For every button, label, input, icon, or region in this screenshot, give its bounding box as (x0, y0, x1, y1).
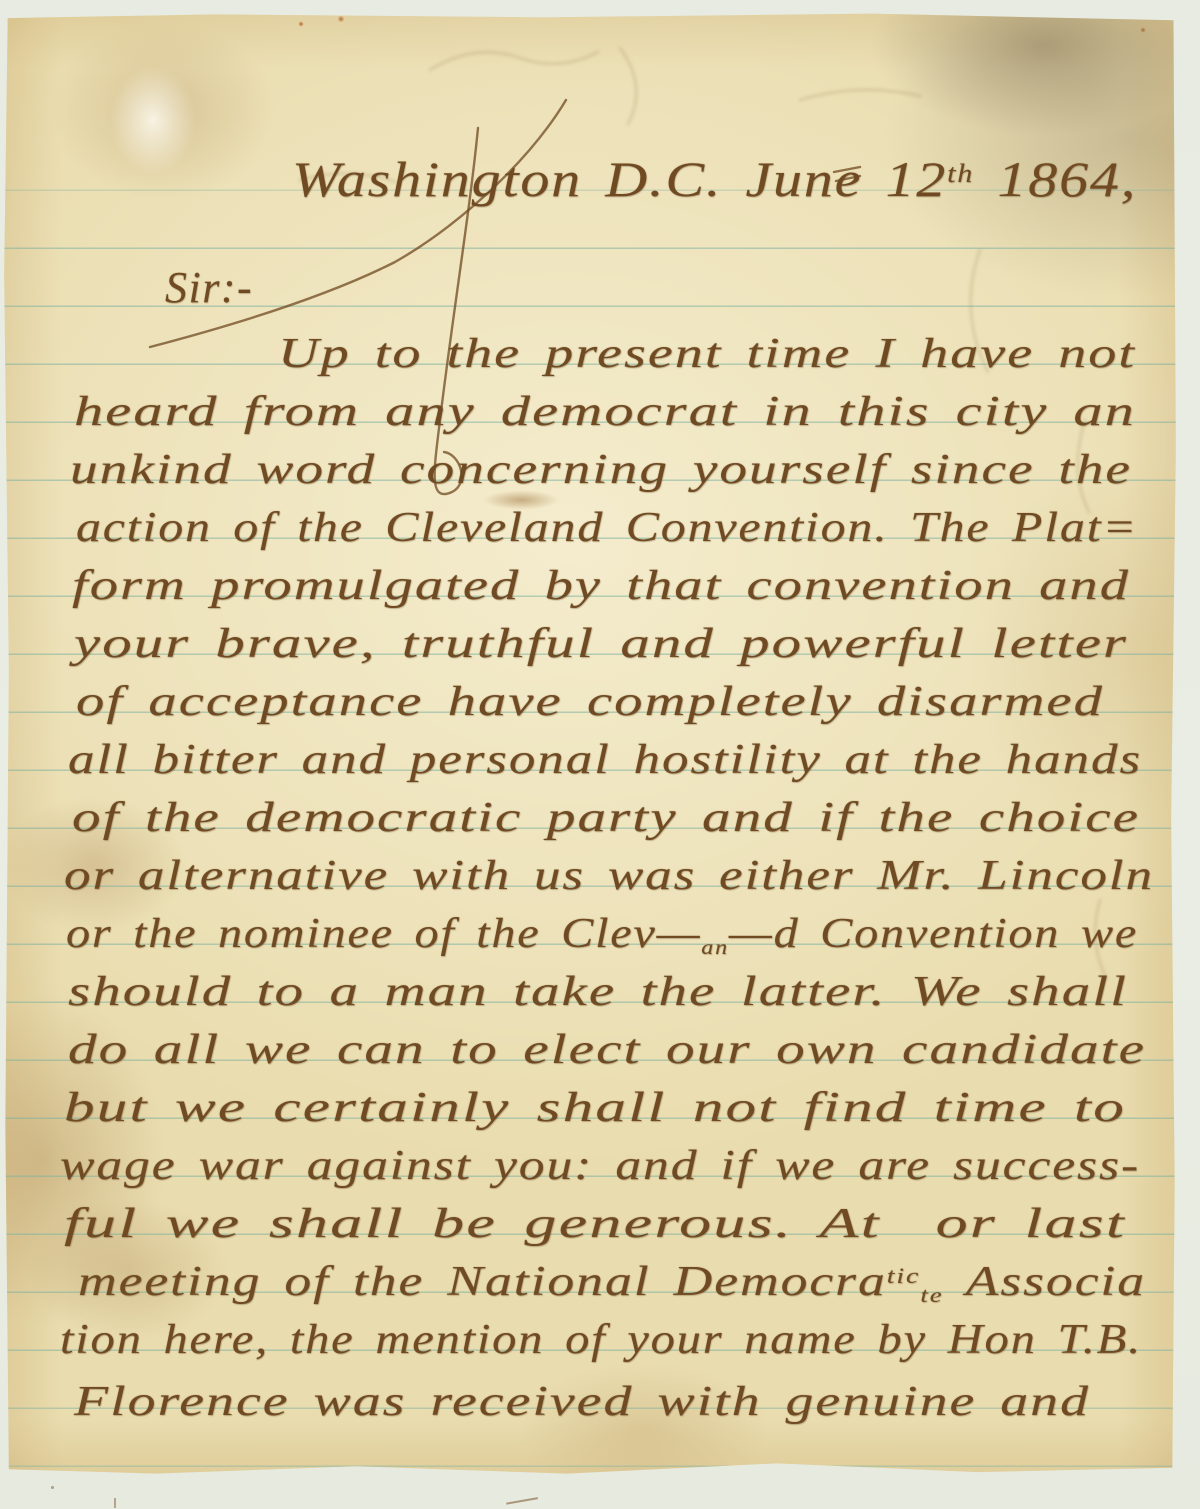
handwritten-text: —d Convention we (729, 911, 1138, 957)
handwritten-text: 1864, (974, 151, 1137, 207)
handwritten-text: of the democratic party and if the choic… (72, 795, 1140, 841)
body-line: your brave, truthful and powerful letter (74, 620, 1128, 668)
handwritten-text: action of the Cleveland Convention. The … (76, 505, 1138, 551)
scanned-letter: Washington D.C. June 12th 1864,Sir:-Up t… (0, 0, 1200, 1509)
handwritten-text: an (701, 935, 729, 959)
body-line: all bitter and personal hostility at the… (68, 736, 1142, 784)
body-line: of the democratic party and if the choic… (72, 794, 1140, 842)
handwritten-text: Sir:- (165, 263, 253, 312)
body-line: unkind word concerning yourself since th… (70, 446, 1132, 494)
handwritten-text: should to a man take the latter. We shal… (68, 969, 1128, 1015)
body-line: ful we shall be generous. At or last (64, 1200, 1126, 1248)
handwritten-text: te (920, 1283, 943, 1307)
handwritten-text: or the nominee of the Clev— (66, 911, 701, 957)
body-line: heard from any democrat in this city an (74, 388, 1136, 436)
handwritten-text: or alternative with us was either Mr. Li… (64, 853, 1154, 899)
body-line: of acceptance have completely disarmed (76, 678, 1104, 726)
handwritten-text: wage war against you: and if we are succ… (60, 1143, 1140, 1189)
handwritten-text: heard from any democrat in this city an (74, 389, 1136, 435)
body-line: Florence was received with genuine and (74, 1378, 1090, 1426)
body-line: Up to the present time I have not (278, 330, 1136, 378)
handwritten-text: Up to the present time I have not (278, 331, 1136, 377)
handwritten-text: Associa (944, 1259, 1146, 1305)
salutation: Sir:- (165, 262, 253, 313)
body-line: action of the Cleveland Convention. The … (76, 504, 1138, 552)
handwritten-text: th (947, 159, 974, 188)
body-line: or alternative with us was either Mr. Li… (64, 852, 1154, 900)
body-line: do all we can to elect our own candidate (68, 1026, 1146, 1074)
handwritten-text: tion here, the mention of your name by H… (60, 1317, 1142, 1363)
letter-lines: Washington D.C. June 12th 1864,Sir:-Up t… (0, 0, 1200, 1509)
handwritten-text: ful we shall be generous. At or last (64, 1201, 1126, 1247)
handwritten-text: form promulgated by that convention and (72, 563, 1130, 609)
body-line: should to a man take the latter. We shal… (68, 968, 1128, 1016)
handwritten-text: Florence was received with genuine and (74, 1379, 1090, 1425)
handwritten-text: meeting of the National Democra (78, 1259, 887, 1305)
body-line: or the nominee of the Clev—an—d Conventi… (66, 910, 1138, 958)
dateline: Washington D.C. June 12th 1864, (292, 150, 1137, 208)
handwritten-text: but we certainly shall not find time to (64, 1085, 1126, 1131)
body-line: wage war against you: and if we are succ… (60, 1142, 1140, 1190)
handwritten-text: Washington D.C. June 12 (292, 151, 947, 207)
handwritten-text: do all we can to elect our own candidate (68, 1027, 1146, 1073)
body-line: but we certainly shall not find time to (64, 1084, 1126, 1132)
body-line: meeting of the National Democraticte Ass… (78, 1258, 1146, 1306)
handwritten-text: unkind word concerning yourself since th… (70, 447, 1132, 493)
body-line: tion here, the mention of your name by H… (60, 1316, 1142, 1364)
handwritten-text: of acceptance have completely disarmed (76, 679, 1104, 725)
handwritten-text: your brave, truthful and powerful letter (74, 621, 1128, 667)
handwritten-text: tic (887, 1264, 921, 1288)
handwritten-text: all bitter and personal hostility at the… (68, 737, 1142, 783)
body-line: form promulgated by that convention and (72, 562, 1130, 610)
